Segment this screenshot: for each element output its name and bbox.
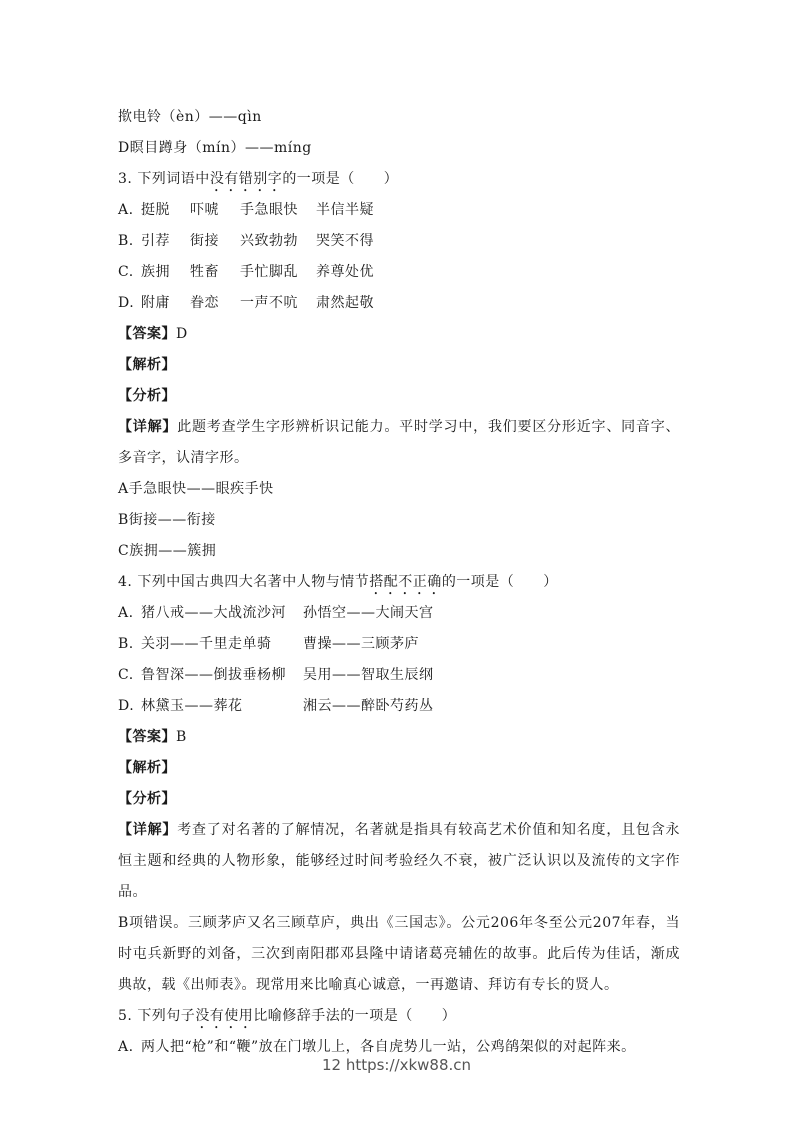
option-word: 养尊处优	[316, 257, 374, 288]
q4-jiexi-tag: 【解析】	[118, 753, 680, 784]
option-word: 引荐	[141, 226, 190, 257]
option-right: 曹操——三顾茅庐	[303, 629, 419, 660]
prev-question-line-1: 揿电铃（èn）——qìn	[118, 102, 680, 133]
q5-stem-post: 比喻修辞手法的一项是（ ）	[253, 1008, 456, 1024]
q4-explanation: B项错误。三顾茅庐又名三顾草庐，典出《三国志》。公元206年冬至公元207年春，…	[118, 908, 680, 1001]
q3-fenxi-tag: 【分析】	[118, 381, 680, 412]
q3-option-d: D. 附庸 眷恋 一声不吭 肃然起敬	[118, 288, 680, 319]
q4-option-c: C. 鲁智深——倒拔垂杨柳 吴用——智取生辰纲	[118, 660, 680, 691]
option-right: 湘云——醉卧芍药丛	[303, 691, 434, 722]
option-word: 吓唬	[190, 195, 240, 226]
option-label: C.	[118, 660, 141, 691]
q4-stem-pre: 下列中国古典四大名著中人物与情节	[137, 574, 369, 590]
q4-fenxi-tag: 【分析】	[118, 784, 680, 815]
q4-stem: 4. 下列中国古典四大名著中人物与情节搭配不正确的一项是（ ）	[118, 567, 680, 598]
q3-stem-emphasis: 没有错别字	[210, 171, 283, 187]
page-number: 12	[322, 1056, 341, 1074]
option-word: 兴致勃勃	[240, 226, 316, 257]
option-label: B.	[118, 629, 141, 660]
q4-stem-emphasis: 搭配不正确	[369, 574, 442, 590]
q3-stem-pre: 下列词语中	[137, 171, 210, 187]
q3-stem-post: 的一项是（ ）	[282, 171, 398, 187]
option-word: 肃然起敬	[316, 288, 374, 319]
option-label: C.	[118, 257, 141, 288]
detail-tag: 【详解】	[118, 822, 177, 838]
q4-number: 4.	[118, 574, 132, 590]
q3-correction-b: B街接——衔接	[118, 505, 680, 536]
q3-stem: 3. 下列词语中没有错别字的一项是（ ）	[118, 164, 680, 195]
answer-value: B	[176, 729, 187, 745]
detail-text: 此题考查学生字形辨析识记能力。平时学习中，我们要区分形近字、同音字、多音字，认清…	[118, 419, 680, 466]
footer-url: https://xkw88.cn	[346, 1056, 471, 1074]
q4-answer: 【答案】B	[118, 722, 680, 753]
q3-answer: 【答案】D	[118, 319, 680, 350]
option-label: D.	[118, 288, 141, 319]
option-right: 吴用——智取生辰纲	[303, 660, 434, 691]
q5-stem: 5. 下列句子没有使用比喻修辞手法的一项是（ ）	[118, 1001, 680, 1032]
q5-number: 5.	[118, 1008, 132, 1024]
q3-option-b: B. 引荐 街接 兴致勃勃 哭笑不得	[118, 226, 680, 257]
answer-tag: 【答案】	[118, 326, 176, 342]
option-left: 猪八戒——大战流沙河	[141, 598, 303, 629]
q3-number: 3.	[118, 171, 132, 187]
q4-stem-post: 的一项是（ ）	[442, 574, 558, 590]
detail-text: 考查了对名著的了解情况，名著就是指具有较高艺术价值和知名度，且包含永恒主题和经典…	[118, 822, 680, 900]
option-left: 关羽——千里走单骑	[141, 629, 303, 660]
option-word: 街接	[190, 226, 240, 257]
q3-option-a: A. 挺脱 吓唬 手急眼快 半信半疑	[118, 195, 680, 226]
document-page: 揿电铃（èn）——qìn D瞑目蹲身（mín）——míng 3. 下列词语中没有…	[118, 102, 680, 1063]
q5-stem-emphasis: 没有使用	[195, 1008, 253, 1024]
option-word: 挺脱	[141, 195, 190, 226]
q3-detail: 【详解】此题考查学生字形辨析识记能力。平时学习中，我们要区分形近字、同音字、多音…	[118, 412, 680, 474]
answer-tag: 【答案】	[118, 729, 176, 745]
option-right: 孙悟空——大闹天宫	[303, 598, 434, 629]
option-word: 牲畜	[190, 257, 240, 288]
q4-detail: 【详解】考查了对名著的了解情况，名著就是指具有较高艺术价值和知名度，且包含永恒主…	[118, 815, 680, 908]
option-word: 一声不吭	[240, 288, 316, 319]
q4-option-d: D. 林黛玉——葬花 湘云——醉卧芍药丛	[118, 691, 680, 722]
option-word: 眷恋	[190, 288, 240, 319]
option-word: 族拥	[141, 257, 190, 288]
option-word: 附庸	[141, 288, 190, 319]
option-word: 哭笑不得	[316, 226, 374, 257]
q3-jiexi-tag: 【解析】	[118, 350, 680, 381]
answer-value: D	[176, 326, 188, 342]
option-left: 鲁智深——倒拔垂杨柳	[141, 660, 303, 691]
q3-correction-a: A手急眼快——眼疾手快	[118, 474, 680, 505]
detail-tag: 【详解】	[118, 419, 177, 435]
q3-option-c: C. 族拥 牲畜 手忙脚乱 养尊处优	[118, 257, 680, 288]
q3-correction-c: C族拥——簇拥	[118, 536, 680, 567]
option-label: B.	[118, 226, 141, 257]
q4-option-a: A. 猪八戒——大战流沙河 孙悟空——大闹天宫	[118, 598, 680, 629]
option-word: 手急眼快	[240, 195, 316, 226]
prev-question-line-2: D瞑目蹲身（mín）——míng	[118, 133, 680, 164]
q5-stem-pre: 下列句子	[137, 1008, 195, 1024]
option-word: 半信半疑	[316, 195, 374, 226]
option-word: 手忙脚乱	[240, 257, 316, 288]
option-label: A.	[118, 195, 141, 226]
q4-option-b: B. 关羽——千里走单骑 曹操——三顾茅庐	[118, 629, 680, 660]
page-footer: 12 https://xkw88.cn	[0, 1056, 793, 1074]
option-label: D.	[118, 691, 141, 722]
option-label: A.	[118, 598, 141, 629]
option-left: 林黛玉——葬花	[141, 691, 303, 722]
